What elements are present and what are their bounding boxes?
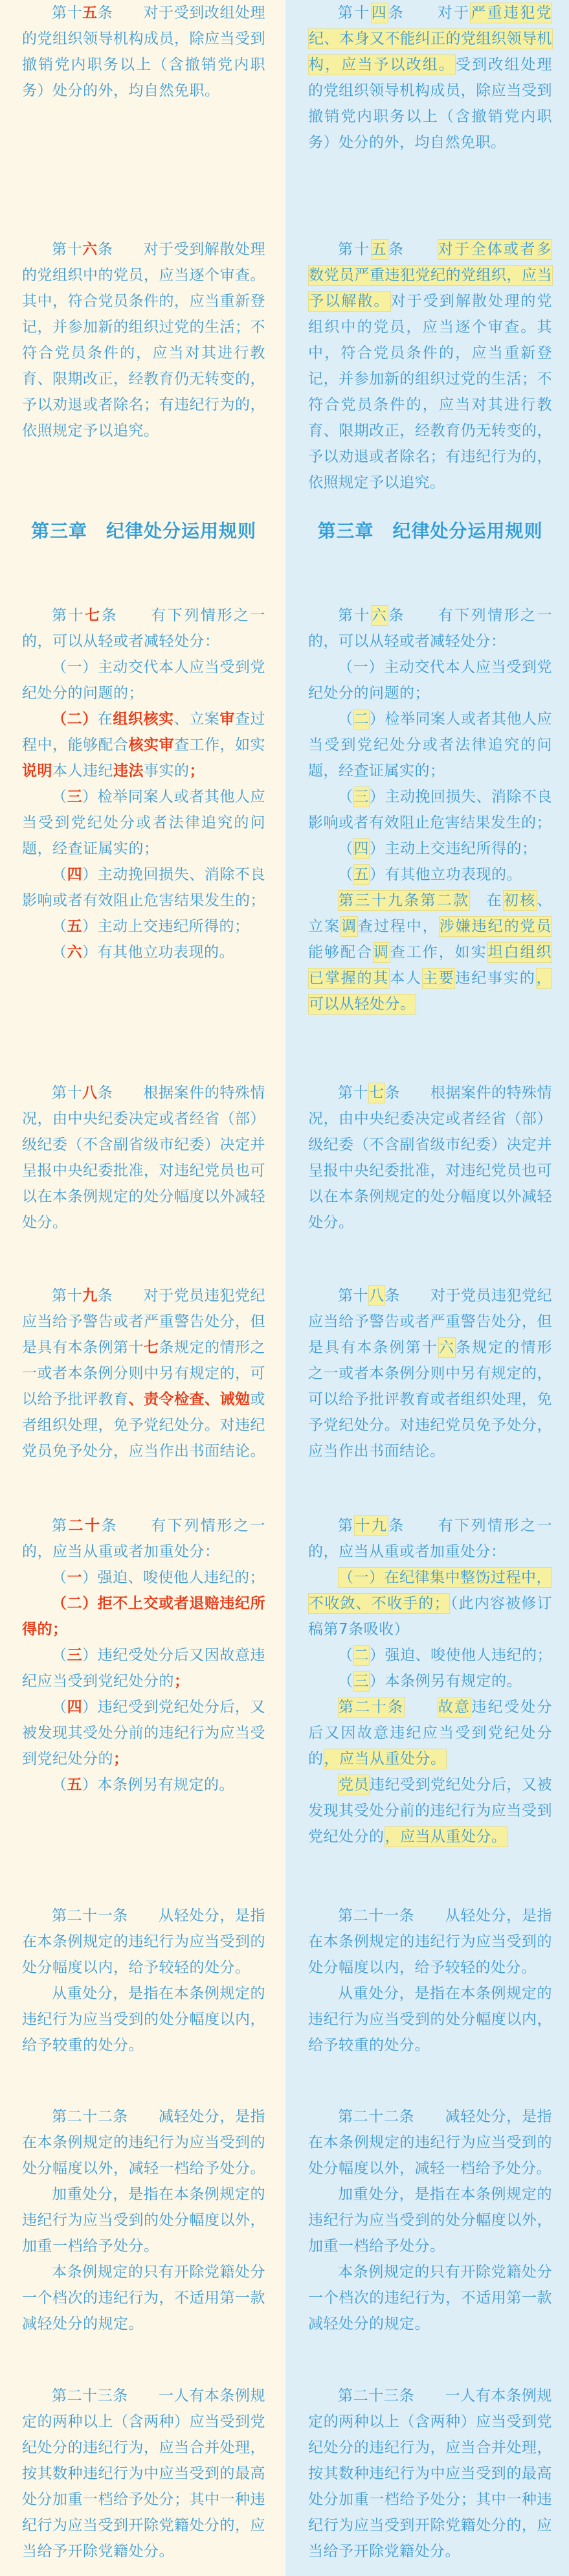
old-version-changed-text: ；: [174, 1673, 190, 1690]
body-text: （: [52, 788, 67, 805]
new-version-highlighted-text: 六: [438, 1337, 456, 1358]
new-version-highlighted-text: 七: [368, 1083, 385, 1103]
body-text: （: [52, 1569, 67, 1586]
new-version-highlighted-text: 调: [340, 916, 358, 937]
body-text: 加重处分，是指在本条例规定的违纪行为应当受到的处分幅度以外，加重一档给予处分。: [22, 2186, 265, 2255]
paragraph: 第十九条 有下列情形之一的，应当从重或者加重处分：: [308, 1513, 552, 1565]
paragraph: （四）违纪受到党纪处分后，又被发现其受处分前的违纪行为应当受到党纪处分的；: [22, 1694, 265, 1772]
paragraph: 第十五条 对于受到改组处理的党组织领导机构成员，除应当受到撤销党内职务以上（含撤…: [22, 0, 265, 104]
paragraph: 第二十二条 减轻处分，是指在本条例规定的违纪行为应当受到的处分幅度以外，减轻一档…: [308, 2104, 552, 2181]
body-text: ）本条例另有规定的。: [370, 1673, 522, 1690]
new-version-highlighted-text: 主要: [422, 968, 456, 989]
new-version-highlighted-text: 六: [371, 605, 388, 626]
paragraph: 第十八条 对于党员违犯党纪应当给予警告或者严重警告处分，但是具有本条例第十六条规…: [308, 1283, 552, 1464]
paragraph: （一）主动交代本人应当受到党纪处分的问题的；: [22, 654, 265, 706]
paragraph: （一）强迫、唆使他人违纪的；: [22, 1565, 265, 1591]
body-text: ）有其他立功表现的。: [82, 944, 234, 961]
paragraph: （四）主动挽回损失、消除不良影响或者有效阻止危害结果发生的；: [22, 862, 265, 914]
body-text: ）主动上交违纪所得的；: [82, 918, 250, 935]
old-version-changed-text: 二十: [69, 1517, 102, 1534]
body-text: （: [338, 840, 353, 857]
paragraph: （二）强迫、唆使他人违纪的；: [308, 1642, 552, 1668]
regulations-comparison-document: 第十五条 对于受到改组处理的党组织领导机构成员，除应当受到撤销党内职务以上（含撤…: [0, 0, 569, 2576]
paragraph: 第十四条 对于严重违犯党纪、本身又不能纠正的党组织领导机构，应当予以改组。受到改…: [308, 0, 552, 155]
paragraph: （五）有其他立功表现的。: [308, 862, 552, 888]
new-version-highlighted-text: 故意: [438, 1697, 472, 1718]
old-version-changed-text: 五: [82, 5, 98, 21]
body-text: 第十: [338, 1085, 368, 1101]
new-version-highlighted-text: 第二十条: [338, 1697, 405, 1718]
paragraph: 第二十一条 从轻处分，是指在本条例规定的违纪行为应当受到的处分幅度以内，给予较轻…: [22, 1903, 265, 1981]
old-chapter-3-heading: 第三章 纪律处分运用规则: [0, 518, 283, 603]
body-text: 查工作，如实: [390, 944, 487, 961]
new-article-14: 第十四条 对于严重违犯党纪、本身又不能纠正的党组织领导机构，应当予以改组。受到改…: [283, 0, 569, 236]
body-text: （一）主动交代本人应当受到党纪处分的问题的；: [308, 659, 552, 702]
body-text: （: [338, 1673, 353, 1690]
body-text: （: [338, 1647, 353, 1664]
new-version-highlighted-text: 四: [371, 3, 388, 23]
new-article-15: 第十五条 对于全体或者多数党员严重违犯党纪的党组织，应当予以解散。对于受到解散处…: [283, 236, 569, 518]
paragraph: 加重处分，是指在本条例规定的违纪行为应当受到的处分幅度以外，加重一档给予处分。: [22, 2181, 265, 2259]
body-text: 第二十一条 从轻处分，是指在本条例规定的违纪行为应当受到的处分幅度以内，给予较轻…: [308, 1907, 552, 1976]
body-text: 条 对于: [388, 5, 470, 21]
body-text: 对于受到解散处理的党组织中的党员，应当逐个审查。其中，符合党员条件的，应当重新登…: [308, 293, 552, 491]
paragraph: 第十六条 有下列情形之一的，可以从轻或者减轻处分：: [308, 603, 552, 654]
body-text: （: [52, 1699, 67, 1716]
body-text: （一）主动交代本人应当受到党纪处分的问题的；: [22, 659, 265, 702]
body-text: 第十: [52, 1287, 82, 1304]
new-article-21: 第二十一条 从轻处分，是指在本条例规定的违纪行为应当受到的处分幅度以内，给予较轻…: [283, 1903, 569, 2104]
body-text: 、立案: [174, 711, 220, 728]
body-text: 查过程中，: [358, 918, 439, 935]
paragraph: 第二十一条 从轻处分，是指在本条例规定的违纪行为应当受到的处分幅度以内，给予较轻…: [308, 1903, 552, 1981]
old-version-changed-text: 四: [67, 866, 83, 883]
old-version-changed-text: ；: [113, 1751, 129, 1767]
new-article-17: 第十七条 根据案件的特殊情况，由中央纪委决定或者经省（部）级纪委（不含副省级市纪…: [283, 1080, 569, 1283]
paragraph: 从重处分，是指在本条例规定的违纪行为应当受到的处分幅度以内，给予较重的处分。: [22, 1981, 265, 2058]
body-text: 第二十三条 一人有本条例规定的两种以上（含两种）应当受到党纪处分的违纪行为，应当…: [22, 2387, 265, 2560]
body-text: 事实的: [144, 763, 190, 779]
paragraph: （三）主动挽回损失、消除不良影响或者有效阻止危害结果发生的；: [308, 784, 552, 836]
body-text: ）有其他立功表现的。: [370, 866, 522, 883]
new-version-highlighted-text: 二: [353, 1645, 370, 1666]
body-text: （: [52, 944, 67, 961]
body-text: 第: [52, 1517, 69, 1534]
paragraph: （六）有其他立功表现的。: [22, 939, 265, 965]
old-version-changed-text: 三: [67, 1647, 83, 1664]
old-version-changed-text: 五: [67, 918, 83, 935]
old-version-changed-text: 说明: [22, 763, 52, 779]
old-article-21: 第二十一条 从轻处分，是指在本条例规定的违纪行为应当受到的处分幅度以内，给予较轻…: [0, 1903, 283, 2104]
paragraph: 本条例规定的只有开除党籍处分一个档次的违纪行为，不适用第一款减轻处分的规定。: [308, 2259, 552, 2337]
body-text: 条 根据案件的特殊情况，由中央纪委决定或者经省（部）级纪委（不含副省级市纪委）决…: [22, 1085, 265, 1231]
new-version-highlighted-text: 三: [353, 1671, 370, 1692]
old-version-changed-text: 组织核实: [113, 711, 173, 728]
body-text: 条规定的情形之一或者本条例分则中另有规定的，可以给予批评教育或者组织处理，免予党…: [308, 1339, 552, 1460]
body-text: 第十: [338, 241, 371, 258]
body-text: 第二十二条 减轻处分，是指在本条例规定的违纪行为应当受到的处分幅度以外，减轻一档…: [308, 2108, 552, 2177]
body-text: 在: [98, 711, 113, 728]
paragraph: 第十七条 有下列情形之一的，可以从轻或者减轻处分：: [22, 603, 265, 654]
chapter-heading: 第三章 纪律处分运用规则: [31, 520, 256, 542]
old-version-changed-text: 七: [85, 607, 102, 624]
body-text: 条 对于受到解散处理的党组织中的党员，应当逐个审查。其中，符合党员条件的，应当重…: [22, 241, 265, 439]
paragraph: 从重处分，是指在本条例规定的违纪行为应当受到的处分幅度以内，给予较重的处分。: [308, 1981, 552, 2058]
old-version-changed-text: 六: [67, 944, 83, 961]
old-version-changed-text: 五: [67, 1777, 83, 1793]
new-version-highlighted-text: 调: [373, 942, 390, 963]
body-text: 第十: [52, 607, 85, 624]
old-article-19: 第十九条 对于党员违犯党纪应当给予警告或者严重警告处分，但是具有本条例第十七条规…: [0, 1283, 283, 1513]
paragraph: 第十七条 根据案件的特殊情况，由中央纪委决定或者经省（部）级纪委（不含副省级市纪…: [308, 1080, 552, 1236]
paragraph: 第二十条 故意违纪受处分后又因故意违纪应当受到党纪处分的，应当从重处分。: [308, 1694, 552, 1772]
old-version-changed-text: 六: [82, 241, 98, 258]
body-text: 第十: [338, 5, 371, 21]
old-article-23: 第二十三条 一人有本条例规定的两种以上（含两种）应当受到党纪处分的违纪行为，应当…: [0, 2383, 283, 2576]
body-text: 第二十三条 一人有本条例规定的两种以上（含两种）应当受到党纪处分的违纪行为，应当…: [308, 2387, 552, 2560]
old-version-changed-text: 八: [82, 1085, 98, 1101]
paragraph: 本条例规定的只有开除党籍处分一个档次的违纪行为，不适用第一款减轻处分的规定。: [22, 2259, 265, 2337]
paragraph: 第十九条 对于党员违犯党纪应当给予警告或者严重警告处分，但是具有本条例第十七条规…: [22, 1283, 265, 1464]
old-version-changed-text: 九: [82, 1287, 98, 1304]
body-text: 第: [338, 1517, 354, 1534]
new-version-highlighted-text: ，应当从重处分。: [324, 1749, 447, 1769]
body-text: 第二十一条 从轻处分，是指在本条例规定的违纪行为应当受到的处分幅度以内，给予较轻…: [22, 1907, 265, 1976]
old-version-changed-text: （二）拒不上交或者退赔违纪所得的；: [22, 1595, 265, 1638]
new-article-16-and-39-2: 第十六条 有下列情形之一的，可以从轻或者减轻处分：（一）主动交代本人应当受到党纪…: [283, 603, 569, 1080]
paragraph: 第三章 纪律处分运用规则: [22, 518, 265, 546]
new-version-highlighted-text: 五: [353, 864, 370, 885]
body-text: ）主动上交违纪所得的；: [370, 840, 537, 857]
old-version-changed-text: 审: [219, 711, 235, 728]
old-article-22: 第二十二条 减轻处分，是指在本条例规定的违纪行为应当受到的处分幅度以外，减轻一档…: [0, 2104, 283, 2383]
paragraph: 第二十二条 减轻处分，是指在本条例规定的违纪行为应当受到的处分幅度以外，减轻一档…: [22, 2104, 265, 2181]
old-version-changed-text: 违法: [113, 763, 144, 779]
paragraph: 第二十三条 一人有本条例规定的两种以上（含两种）应当受到党纪处分的违纪行为，应当…: [22, 2383, 265, 2564]
new-version-highlighted-text: ，应当从重处分。: [385, 1826, 508, 1847]
old-version-changed-text: 、责令检查、诫勉: [129, 1391, 251, 1408]
new-version-highlighted-text: 十九: [354, 1515, 388, 1536]
body-text: （: [52, 866, 67, 883]
paragraph: 第十六条 对于受到解散处理的党组织中的党员，应当逐个审查。其中，符合党员条件的，…: [22, 236, 265, 444]
new-version-highlighted-text: 党员: [338, 1775, 370, 1795]
body-text: （: [338, 788, 353, 805]
paragraph: （二）拒不上交或者退赔违纪所得的；: [22, 1591, 265, 1642]
old-article-18: 第十八条 根据案件的特殊情况，由中央纪委决定或者经省（部）级纪委（不含副省级市纪…: [0, 1080, 283, 1283]
body-text: （: [52, 918, 67, 935]
body-text: 条 根据案件的特殊情况，由中央纪委决定或者经省（部）级纪委（不含副省级市纪委）决…: [308, 1085, 552, 1231]
old-version-changed-text: 七: [144, 1339, 159, 1356]
new-version-highlighted-text: 五: [371, 239, 388, 260]
body-text: （: [52, 1777, 67, 1793]
body-text: ）强迫、唆使他人违纪的；: [82, 1569, 265, 1586]
body-text: 在: [470, 892, 503, 909]
body-text: 第十: [338, 1287, 368, 1304]
paragraph: （二）在组织核实、立案审查过程中，能够配合核实审查工作，如实说明本人违纪违法事实…: [22, 706, 265, 784]
body-text: 第十: [52, 241, 82, 258]
paragraph: 第二十条 有下列情形之一的，应当从重或者加重处分：: [22, 1513, 265, 1565]
body-text: [405, 1699, 438, 1716]
body-text: 从重处分，是指在本条例规定的违纪行为应当受到的处分幅度以内，给予较重的处分。: [22, 1985, 265, 2054]
paragraph: 第三十九条第二款 在初核、立案调查过程中，涉嫌违纪的党员能够配合调查工作，如实坦…: [308, 888, 552, 1017]
body-text: 第十: [52, 1085, 82, 1101]
body-text: 能够配合: [308, 944, 373, 961]
paragraph: 第二十三条 一人有本条例规定的两种以上（含两种）应当受到党纪处分的违纪行为，应当…: [308, 2383, 552, 2564]
body-text: 第十: [52, 5, 82, 21]
old-article-16: 第十六条 对于受到解散处理的党组织中的党员，应当逐个审查。其中，符合党员条件的，…: [0, 236, 283, 518]
paragraph: （三）违纪受处分后又因故意违纪应当受到党纪处分的；: [22, 1642, 265, 1694]
body-text: ）本条例另有规定的。: [82, 1777, 234, 1793]
new-version-highlighted-text: 初核: [503, 890, 537, 911]
paragraph: 第十八条 根据案件的特殊情况，由中央纪委决定或者经省（部）级纪委（不含副省级市纪…: [22, 1080, 265, 1236]
new-version-highlighted-text: 四: [353, 838, 370, 859]
body-text: （: [338, 711, 353, 728]
paragraph: （二）检举同案人或者其他人应当受到党纪处分或者法律追究的问题，经查证属实的；: [308, 706, 552, 784]
old-article-20: 第二十条 有下列情形之一的，应当从重或者加重处分：（一）强迫、唆使他人违纪的；（…: [0, 1513, 283, 1903]
paragraph: （三）检举同案人或者其他人应当受到党纪处分或者法律追究的问题，经查证属实的；: [22, 784, 265, 862]
body-text: （: [338, 866, 353, 883]
body-text: 违纪事实的: [455, 970, 535, 987]
new-version-highlighted-text: 涉嫌违纪的党员: [439, 916, 552, 937]
paragraph: 加重处分，是指在本条例规定的违纪行为应当受到的处分幅度以外，加重一档给予处分。: [308, 2181, 552, 2259]
body-text: 本条例规定的只有开除党籍处分一个档次的违纪行为，不适用第一款减轻处分的规定。: [22, 2264, 265, 2332]
new-article-23: 第二十三条 一人有本条例规定的两种以上（含两种）应当受到党纪处分的违纪行为，应当…: [283, 2383, 569, 2576]
old-version-changed-text: 三: [67, 788, 83, 805]
old-article-17: 第十七条 有下列情形之一的，可以从轻或者减轻处分：（一）主动交代本人应当受到党纪…: [0, 603, 283, 1080]
old-article-15: 第十五条 对于受到改组处理的党组织领导机构成员，除应当受到撤销党内职务以上（含撤…: [0, 0, 283, 236]
new-article-22: 第二十二条 减轻处分，是指在本条例规定的违纪行为应当受到的处分幅度以外，减轻一档…: [283, 2104, 569, 2383]
body-text: 从重处分，是指在本条例规定的违纪行为应当受到的处分幅度以内，给予较重的处分。: [308, 1985, 552, 2054]
new-version-highlighted-text: 八: [368, 1285, 385, 1306]
body-text: 本条例规定的只有开除党籍处分一个档次的违纪行为，不适用第一款减轻处分的规定。: [308, 2264, 552, 2332]
body-text: 本人违纪: [52, 763, 113, 779]
body-text: 条: [388, 241, 438, 258]
body-text: （: [52, 1647, 67, 1664]
paragraph: 第三章 纪律处分运用规则: [308, 518, 552, 546]
paragraph: （五）主动上交违纪所得的；: [22, 914, 265, 939]
new-version-highlighted-text: 二: [353, 709, 370, 730]
old-version-changed-text: 一: [67, 1569, 83, 1586]
old-version-changed-text: （二）: [52, 711, 98, 728]
new-version-highlighted-text: 第三十九条第二款: [338, 890, 470, 911]
paragraph: 党员违纪受到党纪处分后，又被发现其受处分前的违纪行为应当受到党纪处分的，应当从重…: [308, 1772, 552, 1850]
new-chapter-3-heading: 第三章 纪律处分运用规则: [283, 518, 569, 603]
new-article-19-and-20: 第十九条 有下列情形之一的，应当从重或者加重处分：（一）在纪律集中整饬过程中，不…: [283, 1513, 569, 1903]
new-version-highlighted-text: 三: [353, 787, 370, 807]
old-version-changed-text: 四: [67, 1699, 83, 1716]
paragraph: （一）在纪律集中整饬过程中，不收敛、不收手的；（此内容被修订稿第7条吸收）: [308, 1565, 552, 1642]
body-text: 查工作，如实: [174, 737, 265, 753]
paragraph: （五）本条例另有规定的。: [22, 1772, 265, 1798]
body-text: 加重处分，是指在本条例规定的违纪行为应当受到的处分幅度以外，加重一档给予处分。: [308, 2186, 552, 2255]
body-text: 本人: [390, 970, 422, 987]
paragraph: （三）本条例另有规定的。: [308, 1668, 552, 1694]
paragraph: （四）主动上交违纪所得的；: [308, 836, 552, 862]
old-version-changed-text: ；: [190, 763, 205, 779]
body-text: 第十: [338, 607, 371, 624]
body-text: 第二十二条 减轻处分，是指在本条例规定的违纪行为应当受到的处分幅度以外，减轻一档…: [22, 2108, 265, 2177]
chapter-heading: 第三章 纪律处分运用规则: [317, 520, 542, 542]
paragraph: （一）主动交代本人应当受到党纪处分的问题的；: [308, 654, 552, 706]
body-text: ）强迫、唆使他人违纪的；: [370, 1647, 552, 1664]
new-article-18: 第十八条 对于党员违犯党纪应当给予警告或者严重警告处分，但是具有本条例第十六条规…: [283, 1283, 569, 1513]
paragraph: 第十五条 对于全体或者多数党员严重违犯党纪的党组织，应当予以解散。对于受到解散处…: [308, 236, 552, 496]
old-version-changed-text: 核实审: [129, 737, 175, 753]
